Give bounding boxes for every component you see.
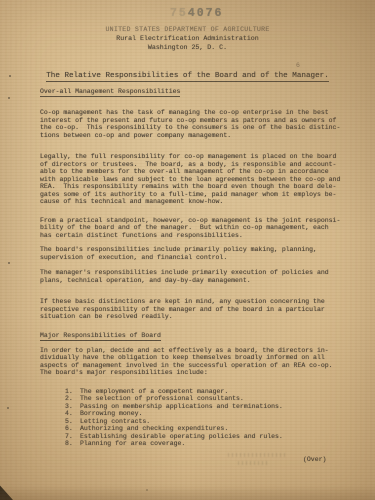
letterhead-administration: Rural Electrification Administration (0, 34, 375, 43)
list-item: 3.Passing on membership applications and… (65, 403, 352, 411)
faded-stamp-remnant (228, 453, 286, 473)
serial-prefix: 75 (170, 7, 188, 20)
paragraph: In order to plan, decide and act effecti… (40, 347, 352, 377)
section-heading-overall: Over-all Management Responsibilities (40, 88, 352, 97)
document-page: 754076 UNITED STATES DEPARTMENT OF AGRIC… (0, 0, 375, 500)
list-item: 2.The selection of professional consulta… (65, 395, 352, 403)
bottom-left-page-edge (0, 483, 13, 500)
letterhead: UNITED STATES DEPARTMENT OF AGRICULTURE … (0, 25, 375, 53)
page-footer-over: (Over) (303, 456, 326, 463)
serial-digits: 4076 (188, 7, 224, 20)
serial-number-stamp: 754076 (170, 7, 223, 20)
paragraph: The board's responsibilities include pri… (40, 246, 352, 261)
list-item: 6.Authorizing and checking expenditures. (65, 425, 352, 433)
list-item: 5.Letting contracts. (65, 418, 352, 426)
list-item: 8.Planning for area coverage. (65, 440, 352, 448)
title-row: The Relative Responsibilities of the Boa… (0, 72, 375, 80)
ink-speck (146, 489, 148, 491)
ink-speck (9, 75, 11, 77)
ink-speck (8, 97, 10, 99)
paragraph: From a practical standpoint, however, co… (40, 217, 352, 240)
letterhead-address: Washington 25, D. C. (0, 43, 375, 52)
ink-speck (8, 262, 10, 264)
document-title: The Relative Responsibilities of the Boa… (46, 72, 329, 82)
letterhead-agency: UNITED STATES DEPARTMENT OF AGRICULTURE (0, 25, 375, 34)
section-heading-major: Major Responsibilities of Board (40, 332, 352, 341)
document-body: Over-all Management Responsibilities Co-… (40, 88, 352, 448)
paragraph: Legally, the full responsibility for co-… (40, 153, 352, 206)
paragraph: The manager's responsibilities include p… (40, 269, 352, 284)
list-item: 4.Borrowing money. (65, 410, 352, 418)
paragraph: Co-op management has the task of managin… (40, 109, 352, 139)
list-item: 7.Establishing desirable operating polic… (65, 433, 352, 441)
ink-speck (7, 407, 9, 409)
paragraph: If these basic distinctions are kept in … (40, 298, 352, 321)
pencil-annotation: 6 (296, 62, 300, 69)
board-responsibilities-list: 1.The employment of a competent manager.… (40, 388, 352, 448)
list-item: 1.The employment of a competent manager. (65, 388, 352, 396)
